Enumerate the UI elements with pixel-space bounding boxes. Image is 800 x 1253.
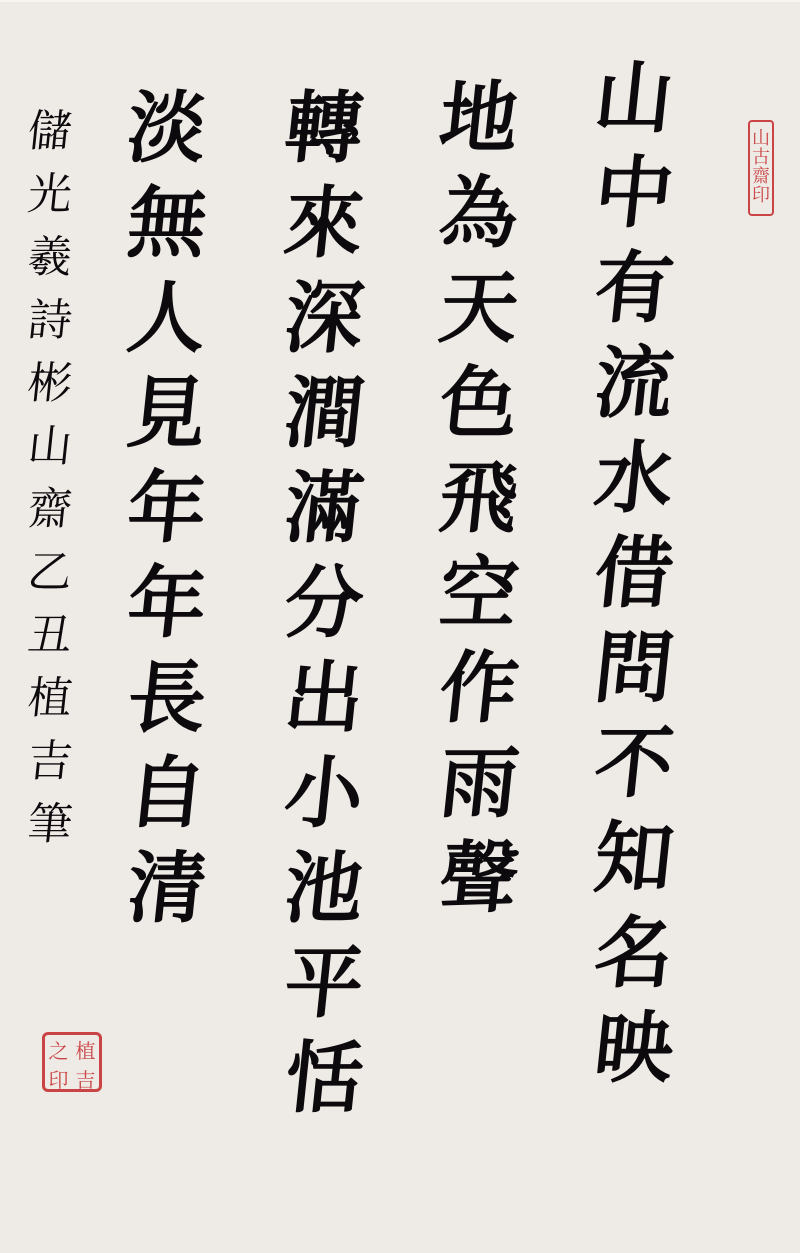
character: 小 — [281, 755, 367, 833]
inscription-character: 儲 — [26, 110, 75, 154]
character: 飛 — [436, 460, 522, 538]
inscription-character: 乙 — [26, 551, 75, 595]
character: 深 — [281, 280, 367, 358]
character: 來 — [281, 185, 367, 263]
character: 中 — [591, 155, 677, 233]
inscription-character: 彬 — [26, 362, 75, 406]
character: 人 — [124, 280, 210, 358]
inscription-character: 筆 — [26, 803, 75, 847]
character: 流 — [591, 345, 677, 423]
leading-seal: 山 古 齋 印 — [748, 120, 774, 216]
poem-column-4: 淡 無 人 見 年 年 長 自 清 — [128, 90, 206, 945]
character: 池 — [281, 850, 367, 928]
inscription-column: 儲 光 羲 詩 彬 山 齋 乙 丑 植 吉 筆 — [28, 110, 72, 866]
character: 空 — [436, 555, 522, 633]
character: 問 — [591, 630, 677, 708]
character: 年 — [124, 470, 210, 548]
inscription-character: 植 — [26, 677, 75, 721]
seal-character: 吉 — [72, 1064, 99, 1093]
character: 知 — [591, 820, 677, 898]
character: 聲 — [436, 840, 522, 918]
inscription-character: 齋 — [26, 488, 75, 532]
character: 年 — [124, 565, 210, 643]
inscription-character: 山 — [26, 425, 75, 469]
character: 滿 — [281, 470, 367, 548]
character: 清 — [124, 850, 210, 928]
character: 色 — [436, 365, 522, 443]
character: 為 — [436, 175, 522, 253]
character: 淡 — [124, 90, 210, 168]
seal-character: 印 — [752, 187, 770, 206]
poem-column-2: 地 為 天 色 飛 空 作 雨 聲 — [440, 80, 518, 935]
character: 水 — [591, 440, 677, 518]
character: 自 — [124, 755, 210, 833]
seal-character: 植 — [72, 1035, 99, 1064]
character: 無 — [124, 185, 210, 263]
inscription-character: 羲 — [26, 236, 75, 280]
character: 名 — [591, 915, 677, 993]
calligraphy-scroll: 山 中 有 流 水 借 問 不 知 名 映 地 為 天 色 飛 空 作 雨 聲 … — [0, 0, 800, 1253]
character: 不 — [591, 725, 677, 803]
poem-column-1: 山 中 有 流 水 借 問 不 知 名 映 — [595, 60, 673, 1105]
character: 分 — [281, 565, 367, 643]
name-seal: 之 植 印 吉 — [42, 1032, 102, 1092]
seal-character: 之 — [45, 1035, 72, 1064]
character: 有 — [591, 250, 677, 328]
character: 澗 — [281, 375, 367, 453]
character: 地 — [436, 80, 522, 158]
character: 借 — [591, 535, 677, 613]
inscription-character: 詩 — [26, 299, 75, 343]
character: 雨 — [436, 745, 522, 823]
character: 長 — [124, 660, 210, 738]
character: 見 — [124, 375, 210, 453]
inscription-character: 丑 — [26, 614, 75, 658]
inscription-character: 吉 — [26, 740, 75, 784]
character: 轉 — [281, 90, 367, 168]
character: 平 — [281, 945, 367, 1023]
character: 天 — [436, 270, 522, 348]
inscription-character: 光 — [26, 173, 75, 217]
character: 恬 — [281, 1040, 367, 1118]
character: 作 — [436, 650, 522, 728]
character: 出 — [281, 660, 367, 738]
poem-column-3: 轉 來 深 澗 滿 分 出 小 池 平 恬 — [285, 90, 363, 1135]
character: 映 — [591, 1010, 677, 1088]
character: 山 — [591, 60, 677, 138]
seal-character: 印 — [45, 1064, 72, 1093]
